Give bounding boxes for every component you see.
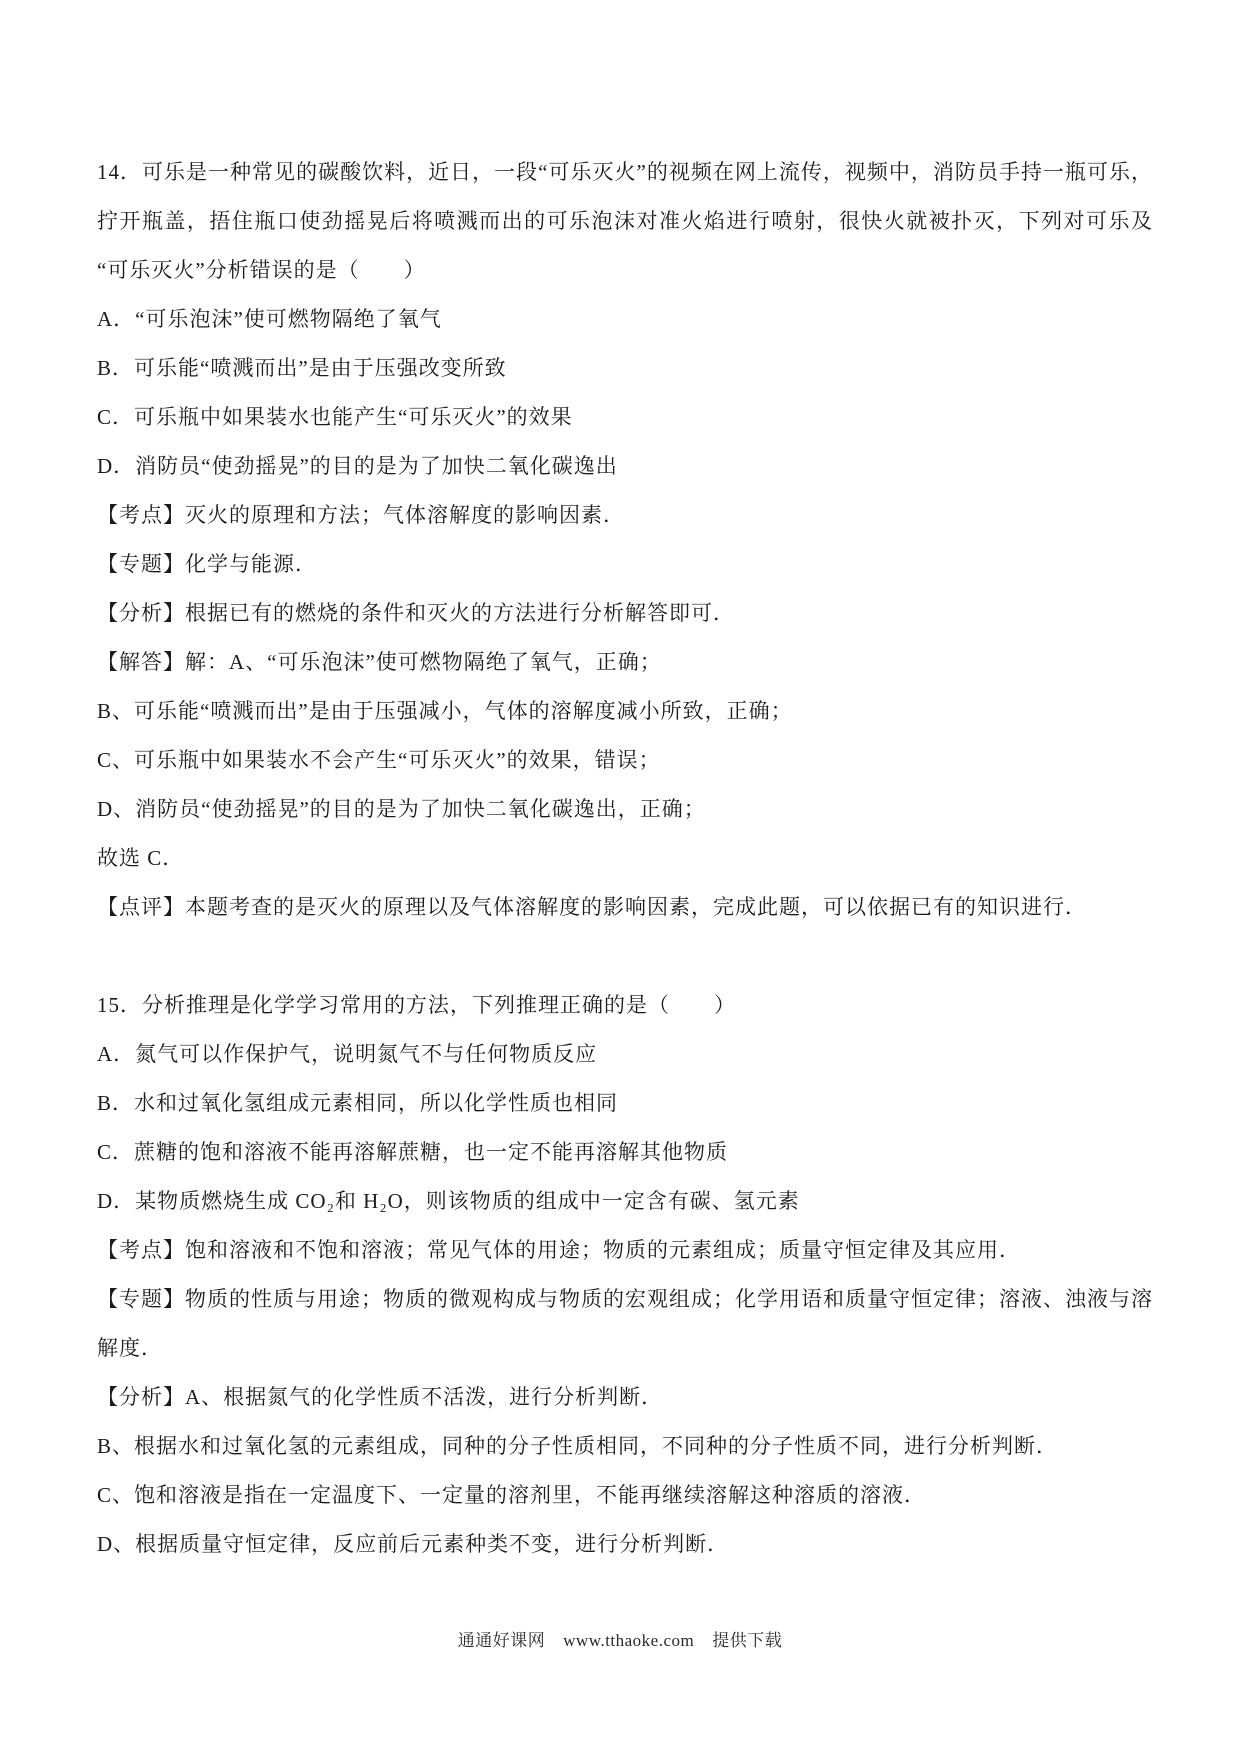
q15-analysis-b: B、根据水和过氧化氢的元素组成，同种的分子性质相同，不同种的分子性质不同，进行分…	[97, 1422, 1153, 1471]
q14-answer: 故选 C．	[97, 834, 1153, 883]
q15-option-d: D．某物质燃烧生成 CO₂和 H₂O，则该物质的组成中一定含有碳、氢元素	[97, 1177, 1153, 1226]
q14-option-a: A．“可乐泡沫”使可燃物隔绝了氧气	[97, 295, 1153, 344]
footer-site-name: 通通好课网	[458, 1631, 546, 1650]
q14-exam-points: 【考点】灭火的原理和方法；气体溶解度的影响因素．	[97, 491, 1153, 540]
q14-option-d: D．消防员“使劲摇晃”的目的是为了加快二氧化碳逸出	[97, 442, 1153, 491]
q14-analysis: 【分析】根据已有的燃烧的条件和灭火的方法进行分析解答即可．	[97, 589, 1153, 638]
q14-solution-a: 【解答】解：A、“可乐泡沫”使可燃物隔绝了氧气，正确；	[97, 638, 1153, 687]
q15-analysis-d: D、根据质量守恒定律，反应前后元素种类不变，进行分析判断．	[97, 1520, 1153, 1569]
q14-solution-d: D、消防员“使劲摇晃”的目的是为了加快二氧化碳逸出，正确；	[97, 785, 1153, 834]
q15-exam-points: 【考点】饱和溶液和不饱和溶液；常见气体的用途；物质的元素组成；质量守恒定律及其应…	[97, 1226, 1153, 1275]
footer-suffix: 提供下载	[712, 1631, 782, 1650]
q15-analysis-c: C、饱和溶液是指在一定温度下、一定量的溶剂里，不能再继续溶解这种溶质的溶液．	[97, 1471, 1153, 1520]
q15-option-c: C．蔗糖的饱和溶液不能再溶解蔗糖，也一定不能再溶解其他物质	[97, 1128, 1153, 1177]
q14-stem: 14．可乐是一种常见的碳酸饮料，近日，一段“可乐灭火”的视频在网上流传，视频中，…	[97, 148, 1153, 295]
document-page: 14．可乐是一种常见的碳酸饮料，近日，一段“可乐灭火”的视频在网上流传，视频中，…	[0, 0, 1240, 1754]
q14-option-c: C．可乐瓶中如果装水也能产生“可乐灭火”的效果	[97, 393, 1153, 442]
q14-comment: 【点评】本题考查的是灭火的原理以及气体溶解度的影响因素，完成此题，可以依据已有的…	[97, 883, 1153, 932]
page-footer: 通通好课网www.tthaoke.com提供下载	[0, 1628, 1240, 1654]
q14-topic: 【专题】化学与能源．	[97, 540, 1153, 589]
q15-stem: 15．分析推理是化学学习常用的方法，下列推理正确的是（ ）	[97, 981, 1153, 1030]
q15-option-b: B．水和过氧化氢组成元素相同，所以化学性质也相同	[97, 1079, 1153, 1128]
document-content: 14．可乐是一种常见的碳酸饮料，近日，一段“可乐灭火”的视频在网上流传，视频中，…	[97, 148, 1153, 1569]
q15-topic: 【专题】物质的性质与用途；物质的微观构成与物质的宏观组成；化学用语和质量守恒定律…	[97, 1275, 1153, 1373]
footer-url: www.tthaoke.com	[563, 1631, 694, 1650]
q14-solution-c: C、可乐瓶中如果装水不会产生“可乐灭火”的效果，错误；	[97, 736, 1153, 785]
q15-analysis-a: 【分析】A、根据氮气的化学性质不活泼，进行分析判断．	[97, 1373, 1153, 1422]
q14-option-b: B．可乐能“喷溅而出”是由于压强改变所致	[97, 344, 1153, 393]
q14-solution-b: B、可乐能“喷溅而出”是由于压强减小，气体的溶解度减小所致，正确；	[97, 687, 1153, 736]
q15-option-a: A．氮气可以作保护气，说明氮气不与任何物质反应	[97, 1030, 1153, 1079]
